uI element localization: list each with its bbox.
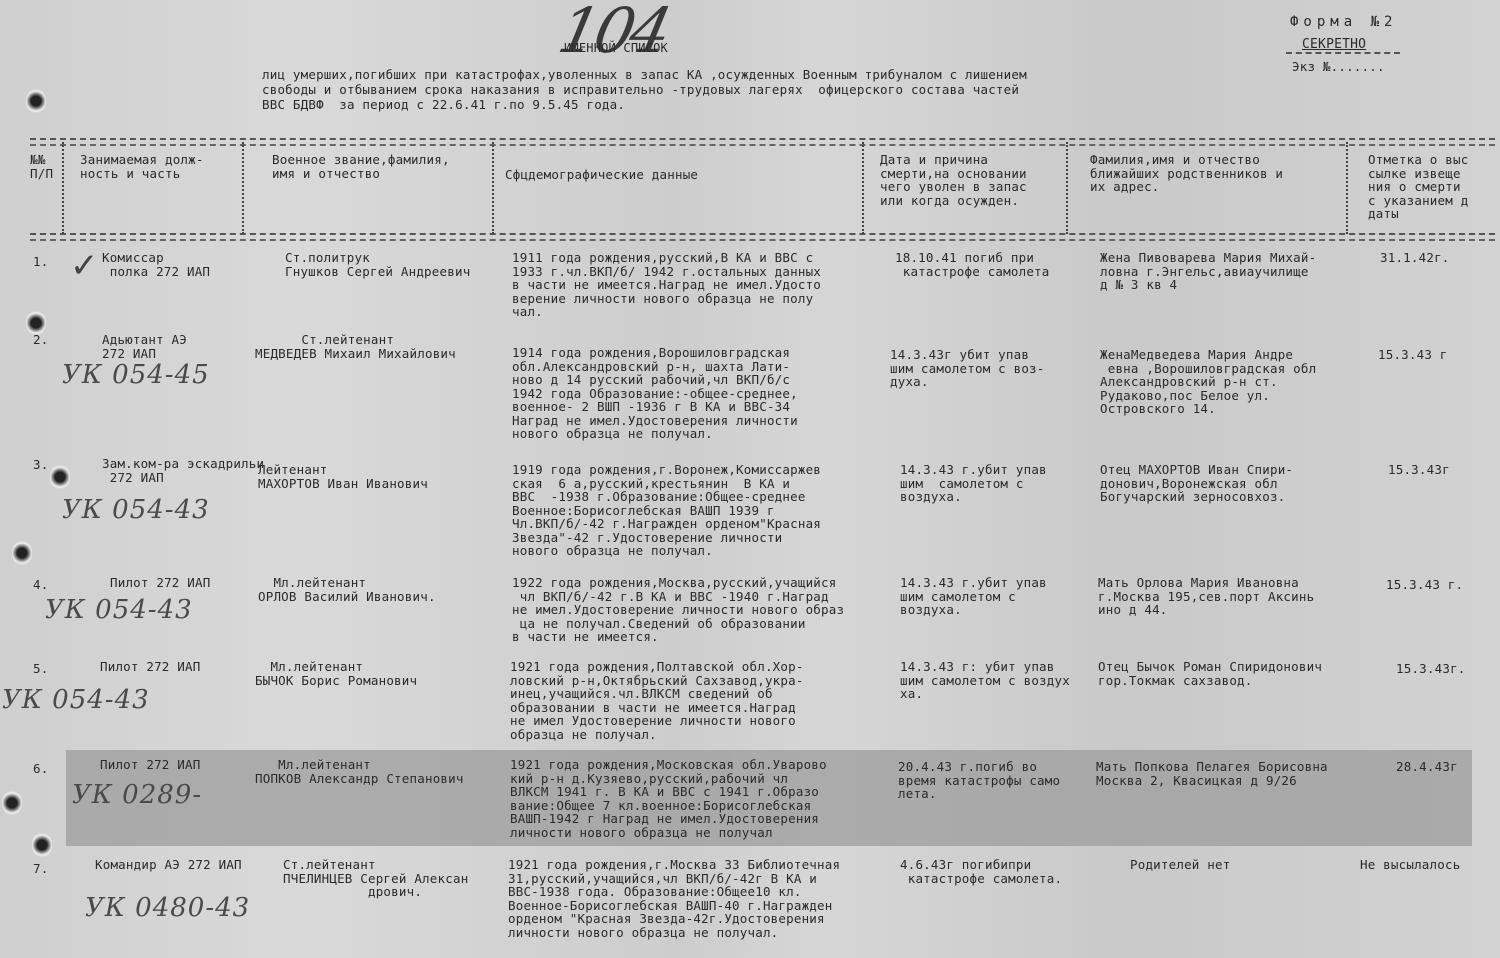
row-death: 14.3.43 г: убит упав шим самолетом с воз… bbox=[900, 660, 1070, 701]
row-rank-name: Ст.политрук Гнушков Сергей Андреевич bbox=[285, 251, 470, 278]
row-biography: 1921 года рождения,Московская обл.Уваров… bbox=[510, 758, 827, 839]
row-number: 6. bbox=[33, 762, 48, 776]
row-biography: 1919 года рождения,г.Воронеж,Комиссаржев… bbox=[512, 463, 821, 558]
document-heading: ИМЕННОЙ СПИСОК bbox=[564, 42, 668, 56]
punch-hole bbox=[12, 540, 32, 566]
col-header-position: Занимаемая долж- ность и часть bbox=[80, 153, 204, 180]
row-biography: 1921 года рождения,г.Москва 33 Библиотеч… bbox=[508, 858, 840, 939]
column-divider bbox=[862, 142, 864, 234]
row-rank-name: Лейтенант МАХОРТОВ Иван Иванович bbox=[258, 463, 428, 490]
row-biography: 1922 года рождения,Москва,русский,учащий… bbox=[512, 576, 844, 644]
handwritten-archive-ref: УК 054-43 bbox=[2, 685, 150, 715]
col-header-notice: Отметка о выс сылке извеще ния о смерти … bbox=[1368, 153, 1468, 221]
classification-underline bbox=[1286, 52, 1400, 54]
col-header-number: №№ П/П bbox=[30, 153, 53, 180]
row-notice: 31.1.42г. bbox=[1380, 251, 1450, 265]
row-position: Комиссар полка 272 ИАП bbox=[102, 251, 210, 278]
row-notice: 15.3.43г bbox=[1388, 463, 1450, 477]
column-divider bbox=[1066, 142, 1068, 234]
handwritten-archive-ref: УК 054-45 bbox=[62, 360, 210, 390]
row-rank-name: Мл.лейтенант БЫЧОК Борис Романович bbox=[255, 660, 417, 687]
row-position: Командир АЭ 272 ИАП bbox=[95, 858, 242, 872]
row-death: 4.6.43г погибипри катастрофе самолета. bbox=[900, 858, 1062, 885]
title-line-1: лиц умерших,погибших при катастрофах,уво… bbox=[262, 68, 1027, 82]
row-number: 7. bbox=[33, 862, 48, 876]
row-position: Зам.ком-ра эскадрильи 272 ИАП bbox=[102, 457, 264, 484]
folio-number-handwritten: 104 bbox=[552, 0, 674, 67]
row-number: 5. bbox=[33, 662, 48, 676]
handwritten-archive-ref: УК 054-43 bbox=[62, 495, 210, 525]
row-notice: 15.3.43 г bbox=[1378, 348, 1448, 362]
row-relatives: Мать Попкова Пелагея Борисовна Москва 2,… bbox=[1096, 760, 1328, 787]
title-line-2: свободы и отбыванием срока наказания в и… bbox=[262, 83, 1019, 97]
header-top-rule bbox=[30, 138, 1495, 146]
col-header-biography: Сфцдемографические данные bbox=[505, 168, 698, 182]
row-biography: 1921 года рождения,Полтавской обл.Хор- л… bbox=[510, 660, 804, 741]
row-number: 4. bbox=[33, 578, 48, 592]
copy-number-field: Экз №....... bbox=[1292, 60, 1385, 74]
punch-hole bbox=[2, 790, 22, 816]
column-divider bbox=[492, 142, 494, 234]
column-divider bbox=[1346, 142, 1348, 234]
header-bottom-rule bbox=[30, 233, 1495, 241]
row-relatives: Мать Орлова Мария Ивановна г.Москва 195,… bbox=[1098, 576, 1314, 617]
row-position: Пилот 272 ИАП bbox=[100, 758, 200, 772]
checkmark-icon: ✓ bbox=[70, 246, 99, 286]
row-rank-name: Ст.лейтенант ПЧЕЛИНЦЕВ Сергей Алексан др… bbox=[283, 858, 468, 899]
classification-stamp: СЕКРЕТНО bbox=[1302, 38, 1366, 52]
row-death: 14.3.43г убит упав шим самолетом с воз- … bbox=[890, 348, 1045, 389]
punch-hole bbox=[26, 88, 46, 114]
row-biography: 1914 года рождения,Ворошиловградская обл… bbox=[512, 346, 798, 441]
row-relatives: Отец МАХОРТОВ Иван Спири- донович,Вороне… bbox=[1100, 463, 1293, 504]
punch-hole bbox=[26, 310, 46, 336]
form-label: Форма №2 bbox=[1290, 16, 1397, 30]
row-notice: 15.3.43г. bbox=[1396, 662, 1466, 676]
row-death: 14.3.43 г.убит упав шим самолетом с возд… bbox=[900, 463, 1047, 504]
row-death: 14.3.43 г.убит упав шим самолетом с возд… bbox=[900, 576, 1047, 617]
row-notice: 28.4.43г bbox=[1396, 760, 1458, 774]
row-rank-name: Мл.лейтенант ОРЛОВ Василий Иванович. bbox=[258, 576, 436, 603]
row-number: 1. bbox=[33, 255, 48, 269]
row-rank-name: Ст.лейтенант МЕДВЕДЕВ Михаил Михайлович bbox=[255, 333, 456, 360]
row-position: Пилот 272 ИАП bbox=[110, 576, 210, 590]
column-divider bbox=[62, 142, 64, 234]
row-position: Пилот 272 ИАП bbox=[100, 660, 200, 674]
column-divider bbox=[242, 142, 244, 234]
handwritten-archive-ref: УК 0289- bbox=[72, 780, 202, 810]
row-biography: 1911 года рождения,русский,В КА и ВВС с … bbox=[512, 251, 821, 319]
row-death: 20.4.43 г.погиб во время катастрофы само… bbox=[898, 760, 1060, 801]
row-death: 18.10.41 погиб при катастрофе самолета bbox=[895, 251, 1050, 278]
row-relatives: Жена Пивоварева Мария Михай- ловна г.Энг… bbox=[1100, 251, 1316, 292]
row-notice: 15.3.43 г. bbox=[1386, 578, 1463, 592]
handwritten-archive-ref: УК 054-43 bbox=[45, 595, 193, 625]
row-number: 3. bbox=[33, 458, 48, 472]
col-header-relatives: Фамилия,имя и отчество ближайших родстве… bbox=[1090, 153, 1283, 194]
row-relatives: Родителей нет bbox=[1130, 858, 1230, 872]
row-rank-name: Мл.лейтенант ПОПКОВ Александр Степанович bbox=[255, 758, 464, 785]
archival-document-page: 104 Форма №2 СЕКРЕТНО Экз №....... ИМЕНН… bbox=[0, 0, 1500, 958]
handwritten-archive-ref: УК 0480-43 bbox=[85, 893, 250, 923]
col-header-rank-name: Военное звание,фамилия, имя и отчество bbox=[272, 153, 450, 180]
row-position: Адьютант АЭ 272 ИАП bbox=[102, 333, 187, 360]
row-relatives: Отец Бычок Роман Спиридонович гор.Токмак… bbox=[1098, 660, 1322, 687]
col-header-death: Дата и причина смерти,на основании чего … bbox=[880, 153, 1027, 207]
row-notice: Не высылалось bbox=[1360, 858, 1460, 872]
row-relatives: ЖенаМедведева Мария Андре евна ,Ворошило… bbox=[1100, 348, 1316, 416]
punch-hole bbox=[50, 464, 70, 490]
punch-hole bbox=[32, 832, 52, 858]
title-line-3: ВВС БДВФ за период с 22.6.41 г.по 9.5.45… bbox=[262, 98, 625, 112]
